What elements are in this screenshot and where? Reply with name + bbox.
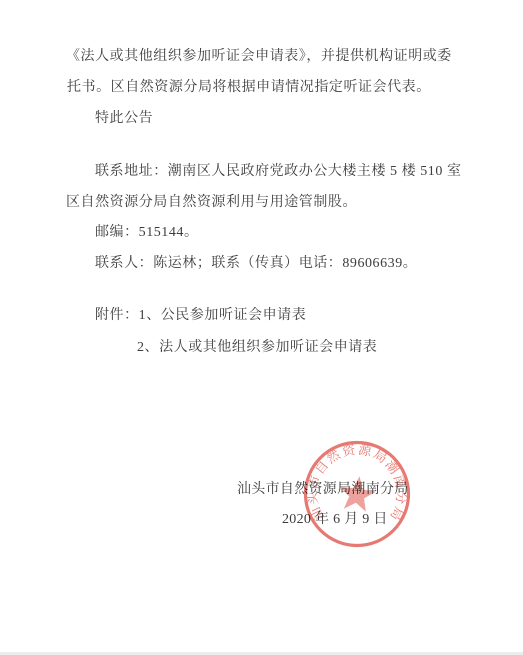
body-line: 托书。区自然资源分局将根据申请情况指定听证会代表。 (67, 79, 431, 97)
star-icon (340, 476, 376, 512)
contact-person-line: 联系人：陈运林；联系（传真）电话：89606639。 (95, 255, 417, 273)
body-line-continued: 《法人或其他组织参加听证会申请表》，并提供机构证明或委 (66, 48, 452, 66)
attachment-item-2: 2、法人或其他组织参加听证会申请表 (137, 339, 377, 357)
document-page: 《法人或其他组织参加听证会申请表》，并提供机构证明或委 托书。区自然资源分局将根… (0, 0, 523, 655)
attachment-item-1: 附件：1、公民参加听证会申请表 (95, 307, 306, 325)
postal-code-line: 邮编：515144。 (95, 224, 199, 242)
official-seal: 汕头市自然资源局潮南分局 (301, 437, 413, 551)
contact-address-line-2: 区自然资源分局自然资源利用与用途管制股。 (66, 194, 357, 212)
closing-phrase: 特此公告 (95, 110, 153, 128)
contact-address-line-1: 联系地址：潮南区人民政府党政办公大楼主楼 5 楼 510 室 (95, 163, 462, 181)
